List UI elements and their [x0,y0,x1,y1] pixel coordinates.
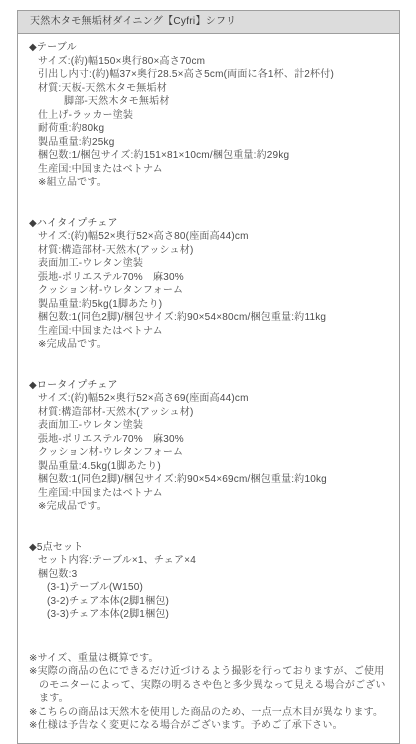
footnote: ※実際の商品の色にできるだけ近づけるよう撮影を行っておりますが、ご使用のモニター… [29,665,391,706]
spec-line: 製品重量:4.5kg(1脚あたり) [29,460,391,474]
spec-line: クッション材-ウレタンフォーム [29,284,391,298]
section-high-chair: ◆ハイタイプチェア サイズ:(約)幅52×奥行52×高さ80(座面高44)cm … [29,217,391,352]
spec-panel: 天然木タモ無垢材ダイニング【Cyfri】シフリ ◆テーブル サイズ:(約)幅15… [17,10,400,744]
spec-line: 生産国:中国またはベトナム [29,487,391,501]
spec-line: 脚部-天然木タモ無垢材 [29,95,391,109]
footnote: ※こちらの商品は天然木を使用した商品のため、一点一点木目が異なります。 [29,706,391,720]
spec-line: 梱包数:1(同色2脚)/梱包サイズ:約90×54×80cm/梱包重量:約11kg [29,311,391,325]
spec-line: 張地-ポリエステル70% 麻30% [29,271,391,285]
spec-line: 生産国:中国またはベトナム [29,163,391,177]
diamond-bullet-icon: ◆ [29,380,37,391]
spec-line: (3-2)チェア本体(2脚1梱包) [29,595,391,609]
spec-note-line: ※完成品です。 [29,338,391,352]
spec-line: 製品重量:約25kg [29,136,391,150]
spec-body: ◆テーブル サイズ:(約)幅150×奥行80×高さ70cm 引出し内寸:(約)幅… [18,34,399,743]
spec-line: 表面加工-ウレタン塗装 [29,257,391,271]
spec-line: 表面加工-ウレタン塗装 [29,419,391,433]
spec-line: サイズ:(約)幅150×奥行80×高さ70cm [29,55,391,69]
spec-line: サイズ:(約)幅52×奥行52×高さ69(座面高44)cm [29,392,391,406]
section-title-label: テーブル [37,42,77,53]
spec-line: クッション材-ウレタンフォーム [29,446,391,460]
spec-line: セット内容:テーブル×1、チェア×4 [29,554,391,568]
page: 天然木タモ無垢材ダイニング【Cyfri】シフリ ◆テーブル サイズ:(約)幅15… [0,0,416,684]
spec-note-line: ※組立品です。 [29,176,391,190]
footnote: ※仕様は予告なく変更になる場合がございます。予めご了承下さい。 [29,719,391,733]
spec-line: 仕上げ-ラッカー塗装 [29,109,391,123]
diamond-bullet-icon: ◆ [29,542,37,553]
spec-line: 材質:構造部材-天然木(アッシュ材) [29,406,391,420]
spec-line: 生産国:中国またはベトナム [29,325,391,339]
section-title: ◆5点セット [29,541,391,555]
section-table: ◆テーブル サイズ:(約)幅150×奥行80×高さ70cm 引出し内寸:(約)幅… [29,41,391,190]
spec-line: 製品重量:約5kg(1脚あたり) [29,298,391,312]
section-title: ◆ハイタイプチェア [29,217,391,231]
spec-line: 引出し内寸:(約)幅37×奥行28.5×高さ5cm(両面に各1杯、計2杯付) [29,68,391,82]
spec-line: 梱包数:1/梱包サイズ:約151×81×10cm/梱包重量:約29kg [29,149,391,163]
footnotes: ※サイズ、重量は概算です。 ※実際の商品の色にできるだけ近づけるよう撮影を行って… [29,652,391,733]
spec-line: (3-3)チェア本体(2脚1梱包) [29,608,391,622]
spec-line: 梱包数:1(同色2脚)/梱包サイズ:約90×54×69cm/梱包重量:約10kg [29,473,391,487]
section-title-label: 5点セット [37,542,84,553]
spec-line: (3-1)テーブル(W150) [29,581,391,595]
product-title-bar: 天然木タモ無垢材ダイニング【Cyfri】シフリ [18,11,399,34]
spec-line: 耐荷重:約80kg [29,122,391,136]
section-title: ◆テーブル [29,41,391,55]
spec-line: 張地-ポリエステル70% 麻30% [29,433,391,447]
section-five-piece-set: ◆5点セット セット内容:テーブル×1、チェア×4 梱包数:3 (3-1)テーブ… [29,541,391,622]
diamond-bullet-icon: ◆ [29,42,37,53]
spec-line: 材質:構造部材-天然木(アッシュ材) [29,244,391,258]
diamond-bullet-icon: ◆ [29,218,37,229]
product-title: 天然木タモ無垢材ダイニング【Cyfri】シフリ [30,16,236,27]
section-title: ◆ロータイプチェア [29,379,391,393]
spec-note-line: ※完成品です。 [29,500,391,514]
section-title-label: ハイタイプチェア [37,218,118,229]
spec-line: 材質:天板-天然木タモ無垢材 [29,82,391,96]
spec-line: 梱包数:3 [29,568,391,582]
section-low-chair: ◆ロータイプチェア サイズ:(約)幅52×奥行52×高さ69(座面高44)cm … [29,379,391,514]
footnote: ※サイズ、重量は概算です。 [29,652,391,666]
section-title-label: ロータイプチェア [37,380,118,391]
spec-line: サイズ:(約)幅52×奥行52×高さ80(座面高44)cm [29,230,391,244]
